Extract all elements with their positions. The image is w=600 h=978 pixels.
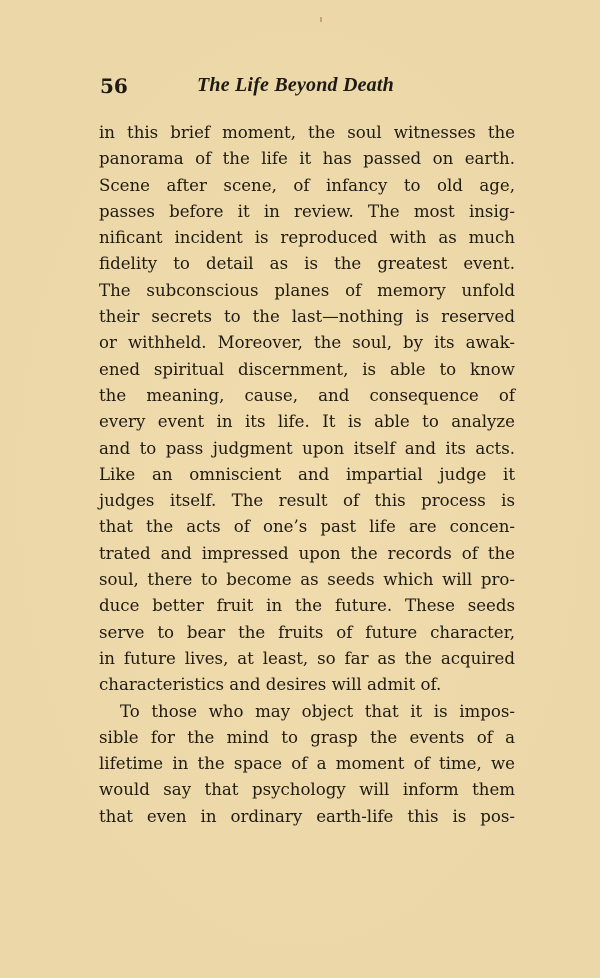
text-line: their secrets to the last—nothing is res… <box>99 304 515 330</box>
text-line: nificant incident is reproduced with as … <box>99 225 515 251</box>
text-line: fidelity to detail as is the greatest ev… <box>99 251 515 277</box>
text-line: Like an omniscient and impartial judge i… <box>99 462 515 488</box>
body-text: in this brief moment, the soul witnesses… <box>99 120 515 830</box>
text-line: in future lives, at least, so far as the… <box>99 646 515 672</box>
text-line: every event in its life. It is able to a… <box>99 409 515 435</box>
text-line: serve to bear the fruits of future chara… <box>99 620 515 646</box>
text-line: trated and impressed upon the records of… <box>99 541 515 567</box>
running-title: The Life Beyond Death <box>197 74 394 97</box>
text-line: in this brief moment, the soul witnesses… <box>99 120 515 146</box>
text-line: the meaning, cause, and consequence of <box>99 383 515 409</box>
text-line: judges itself. The result of this proces… <box>99 488 515 514</box>
text-line: and to pass judgment upon itself and its… <box>99 436 515 462</box>
text-line: or withheld. Moreover, the soul, by its … <box>99 330 515 356</box>
text-line: duce better fruit in the future. These s… <box>99 593 515 619</box>
running-head: 56 The Life Beyond Death <box>99 74 515 104</box>
text-line: soul, there to become as seeds which wil… <box>99 567 515 593</box>
paragraph-2: To those who may object that it is impos… <box>99 699 515 830</box>
text-line: sible for the mind to grasp the events o… <box>99 725 515 751</box>
text-line: would say that psychology will inform th… <box>99 777 515 803</box>
text-line: that even in ordinary earth-life this is… <box>99 804 515 830</box>
text-line: characteristics and desires will admit o… <box>99 672 515 698</box>
text-line: that the acts of one’s past life are con… <box>99 514 515 540</box>
book-page: 56 The Life Beyond Death in this brief m… <box>0 0 600 978</box>
page-number: 56 <box>100 74 128 98</box>
paper-speck <box>320 17 322 22</box>
paragraph-1: in this brief moment, the soul witnesses… <box>99 120 515 699</box>
text-line: ened spiritual discernment, is able to k… <box>99 357 515 383</box>
text-line: panorama of the life it has passed on ea… <box>99 146 515 172</box>
text-line: Scene after scene, of infancy to old age… <box>99 173 515 199</box>
text-line: lifetime in the space of a moment of tim… <box>99 751 515 777</box>
text-line: The subconscious planes of memory unfold <box>99 278 515 304</box>
text-line: To those who may object that it is impos… <box>99 699 515 725</box>
text-line: passes before it in review. The most ins… <box>99 199 515 225</box>
